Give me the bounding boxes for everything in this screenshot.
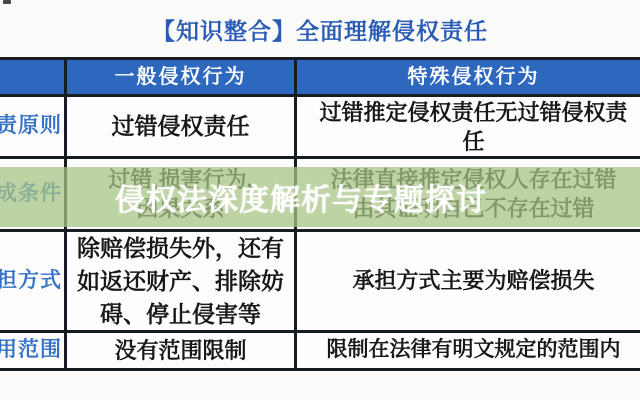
cell-principle-special: 过错推定侵权责任无过错侵权责 任 [297,97,640,156]
row-header-application-scope: 用范围 [0,333,64,368]
row-header-bearing-method: 担方式 [0,232,64,330]
page-title: 【知识整合】全面理解侵权责任 [0,13,640,46]
cell-scope-general: 没有范围限制 [67,333,294,368]
cell-method-general: 除赔偿损失外，还有 如返还财产、排除妨 碍、停止侵害等 [67,232,294,330]
column-header-special-tort: 特殊侵权行为 [297,60,640,94]
watermark-band: 侵权法深度解析与专题探讨 [0,167,640,227]
column-header-general-tort: 一般侵权行为 [67,60,294,94]
cell-method-special: 承担方式主要为赔偿损失 [297,232,640,330]
cell-principle-general: 过错侵权责任 [67,97,294,156]
page: 【知识整合】全面理解侵权责任 一般侵权行为 特殊侵权行为 责原则 过错侵权责任 … [0,0,640,400]
clipped-corner-mark [3,0,11,4]
table-corner-cell [0,60,64,94]
watermark-text: 侵权法深度解析与专题探讨 [0,175,640,219]
row-header-liability-principle: 责原则 [0,97,64,156]
cell-scope-special: 限制在法律有明文规定的范围内 [297,333,640,368]
